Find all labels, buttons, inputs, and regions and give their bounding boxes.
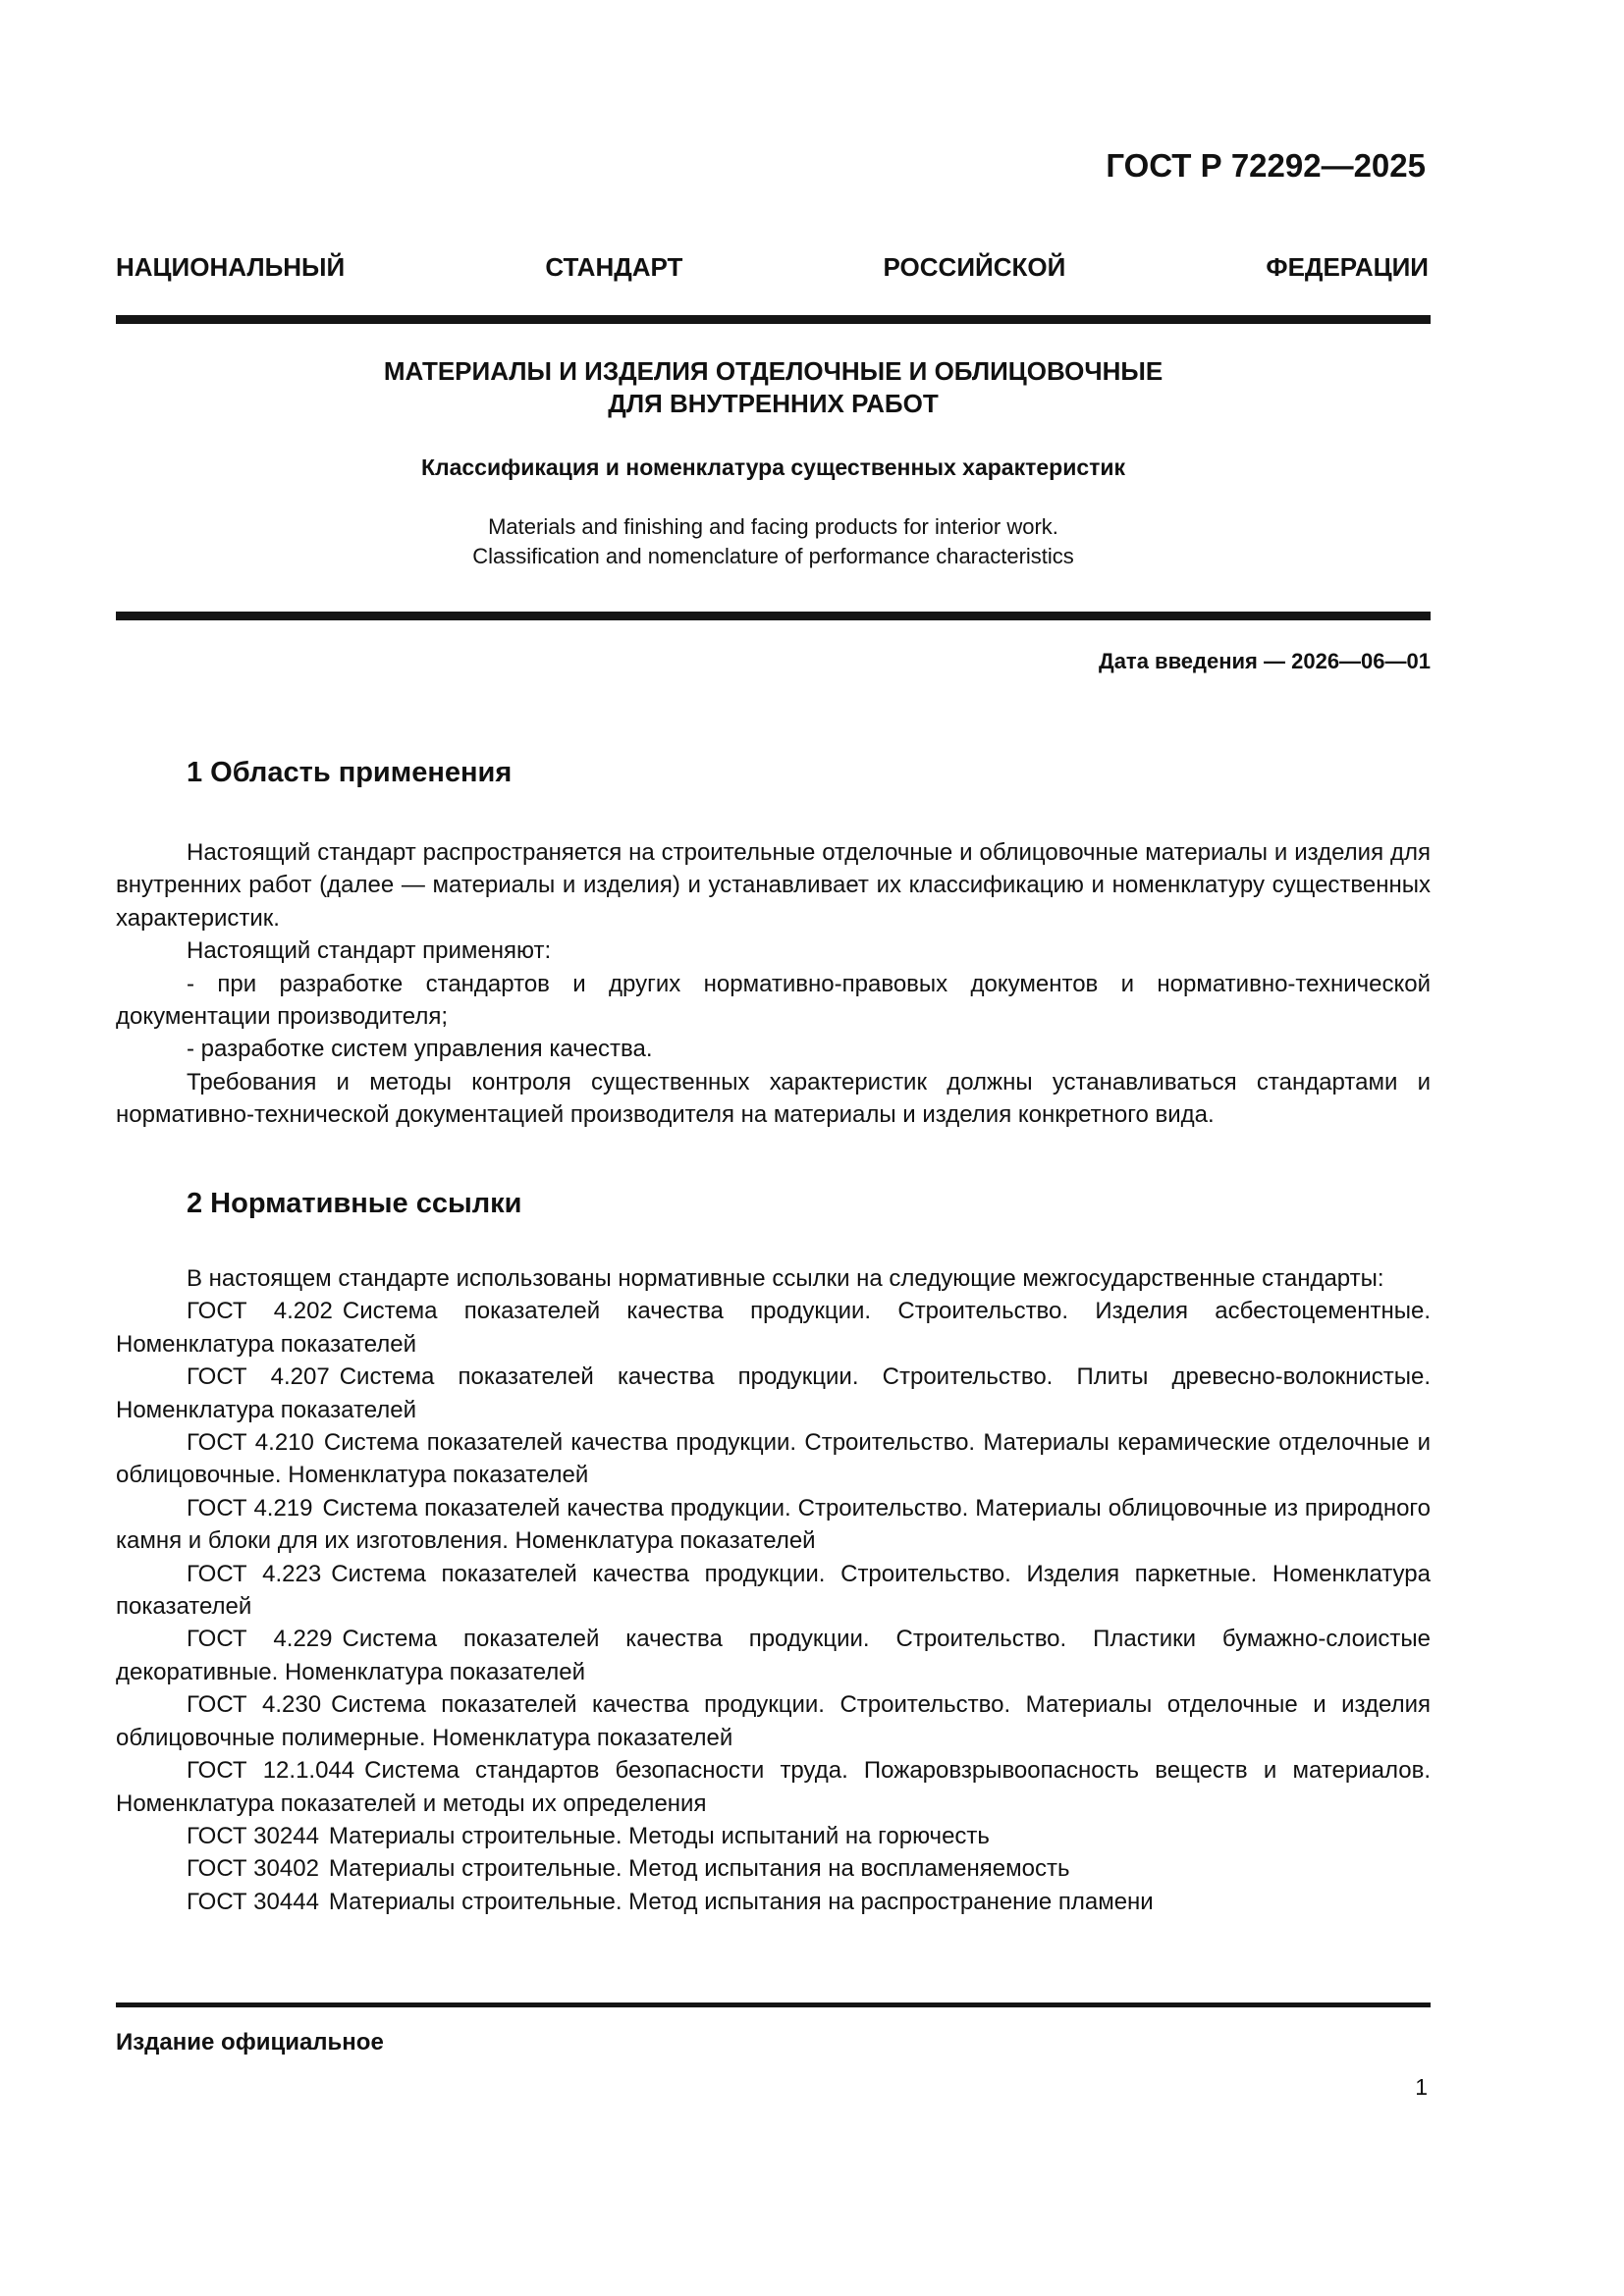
reference-item: ГОСТ 4.210Система показателей качества п… xyxy=(116,1426,1431,1492)
reference-title: Материалы строительные. Метод испытания … xyxy=(329,1889,1154,1915)
reference-code: ГОСТ 30444 xyxy=(187,1889,319,1915)
document-title: МАТЕРИАЛЫ И ИЗДЕЛИЯ ОТДЕЛОЧНЫЕ И ОБЛИЦОВ… xyxy=(116,355,1431,420)
reference-item: ГОСТ 4.230Система показателей качества п… xyxy=(116,1688,1431,1754)
paragraph: Требования и методы контроля существенны… xyxy=(116,1066,1431,1132)
paragraph: Настоящий стандарт применяют: xyxy=(116,934,1431,967)
reference-code: ГОСТ 30244 xyxy=(187,1823,319,1849)
reference-item: ГОСТ 30402Материалы строительные. Метод … xyxy=(116,1852,1431,1885)
reference-item: ГОСТ 12.1.044Система стандартов безопасн… xyxy=(116,1754,1431,1820)
reference-list: ГОСТ 4.202Система показателей качества п… xyxy=(116,1295,1431,1918)
standard-designation: ГОСТ Р 72292—2025 xyxy=(1106,147,1426,185)
section-1-heading: 1 Область применения xyxy=(187,757,512,789)
english-title-line-1: Materials and finishing and facing produ… xyxy=(116,512,1431,542)
title-line-2: ДЛЯ ВНУТРЕННИХ РАБОТ xyxy=(116,388,1431,420)
banner-word: РОССИЙСКОЙ xyxy=(884,252,1066,283)
paragraph: В настоящем стандарте использованы норма… xyxy=(116,1262,1431,1295)
reference-item: ГОСТ 4.229Система показателей качества п… xyxy=(116,1623,1431,1688)
page-number: 1 xyxy=(1415,2074,1428,2101)
banner-word: СТАНДАРТ xyxy=(545,252,682,283)
reference-title: Материалы строительные. Методы испытаний… xyxy=(329,1823,990,1849)
reference-item: ГОСТ 4.202Система показателей качества п… xyxy=(116,1295,1431,1361)
reference-code: ГОСТ 30402 xyxy=(187,1855,319,1882)
reference-code: ГОСТ 4.229 xyxy=(187,1626,332,1652)
banner-word: НАЦИОНАЛЬНЫЙ xyxy=(116,252,345,283)
reference-code: ГОСТ 4.207 xyxy=(187,1363,330,1390)
reference-code: ГОСТ 4.202 xyxy=(187,1298,333,1324)
section-1-body: Настоящий стандарт распространяется на с… xyxy=(116,836,1431,1132)
footer-rule xyxy=(116,2002,1431,2007)
paragraph: Настоящий стандарт распространяется на с… xyxy=(116,836,1431,934)
english-title: Materials and finishing and facing produ… xyxy=(116,512,1431,571)
section-2-body: В настоящем стандарте использованы норма… xyxy=(116,1262,1431,1918)
introduction-date: Дата введения — 2026—06—01 xyxy=(1099,649,1431,674)
reference-title: Материалы строительные. Метод испытания … xyxy=(329,1855,1070,1882)
reference-item: ГОСТ 4.219Система показателей качества п… xyxy=(116,1492,1431,1558)
official-edition-label: Издание официальное xyxy=(116,2029,384,2056)
list-item: - при разработке стандартов и других нор… xyxy=(116,968,1431,1034)
reference-code: ГОСТ 4.223 xyxy=(187,1561,321,1587)
reference-item: ГОСТ 30244Материалы строительные. Методы… xyxy=(116,1820,1431,1852)
header-rule xyxy=(116,315,1431,324)
reference-code: ГОСТ 4.219 xyxy=(187,1495,313,1522)
list-item: - разработке систем управления качества. xyxy=(116,1033,1431,1065)
section-2-heading: 2 Нормативные ссылки xyxy=(187,1188,522,1220)
reference-item: ГОСТ 30444Материалы строительные. Метод … xyxy=(116,1886,1431,1918)
reference-code: ГОСТ 4.210 xyxy=(187,1429,314,1456)
reference-code: ГОСТ 12.1.044 xyxy=(187,1757,354,1784)
title-line-1: МАТЕРИАЛЫ И ИЗДЕЛИЯ ОТДЕЛОЧНЫЕ И ОБЛИЦОВ… xyxy=(116,355,1431,388)
reference-code: ГОСТ 4.230 xyxy=(187,1691,321,1718)
title-rule xyxy=(116,612,1431,620)
english-title-line-2: Classification and nomenclature of perfo… xyxy=(116,542,1431,571)
document-subtitle: Классификация и номенклатура существенны… xyxy=(116,454,1431,481)
reference-item: ГОСТ 4.223Система показателей качества п… xyxy=(116,1558,1431,1624)
reference-item: ГОСТ 4.207Система показателей качества п… xyxy=(116,1361,1431,1426)
banner-word: ФЕДЕРАЦИИ xyxy=(1266,252,1429,283)
national-standard-banner: НАЦИОНАЛЬНЫЙ СТАНДАРТ РОССИЙСКОЙ ФЕДЕРАЦ… xyxy=(116,252,1429,283)
